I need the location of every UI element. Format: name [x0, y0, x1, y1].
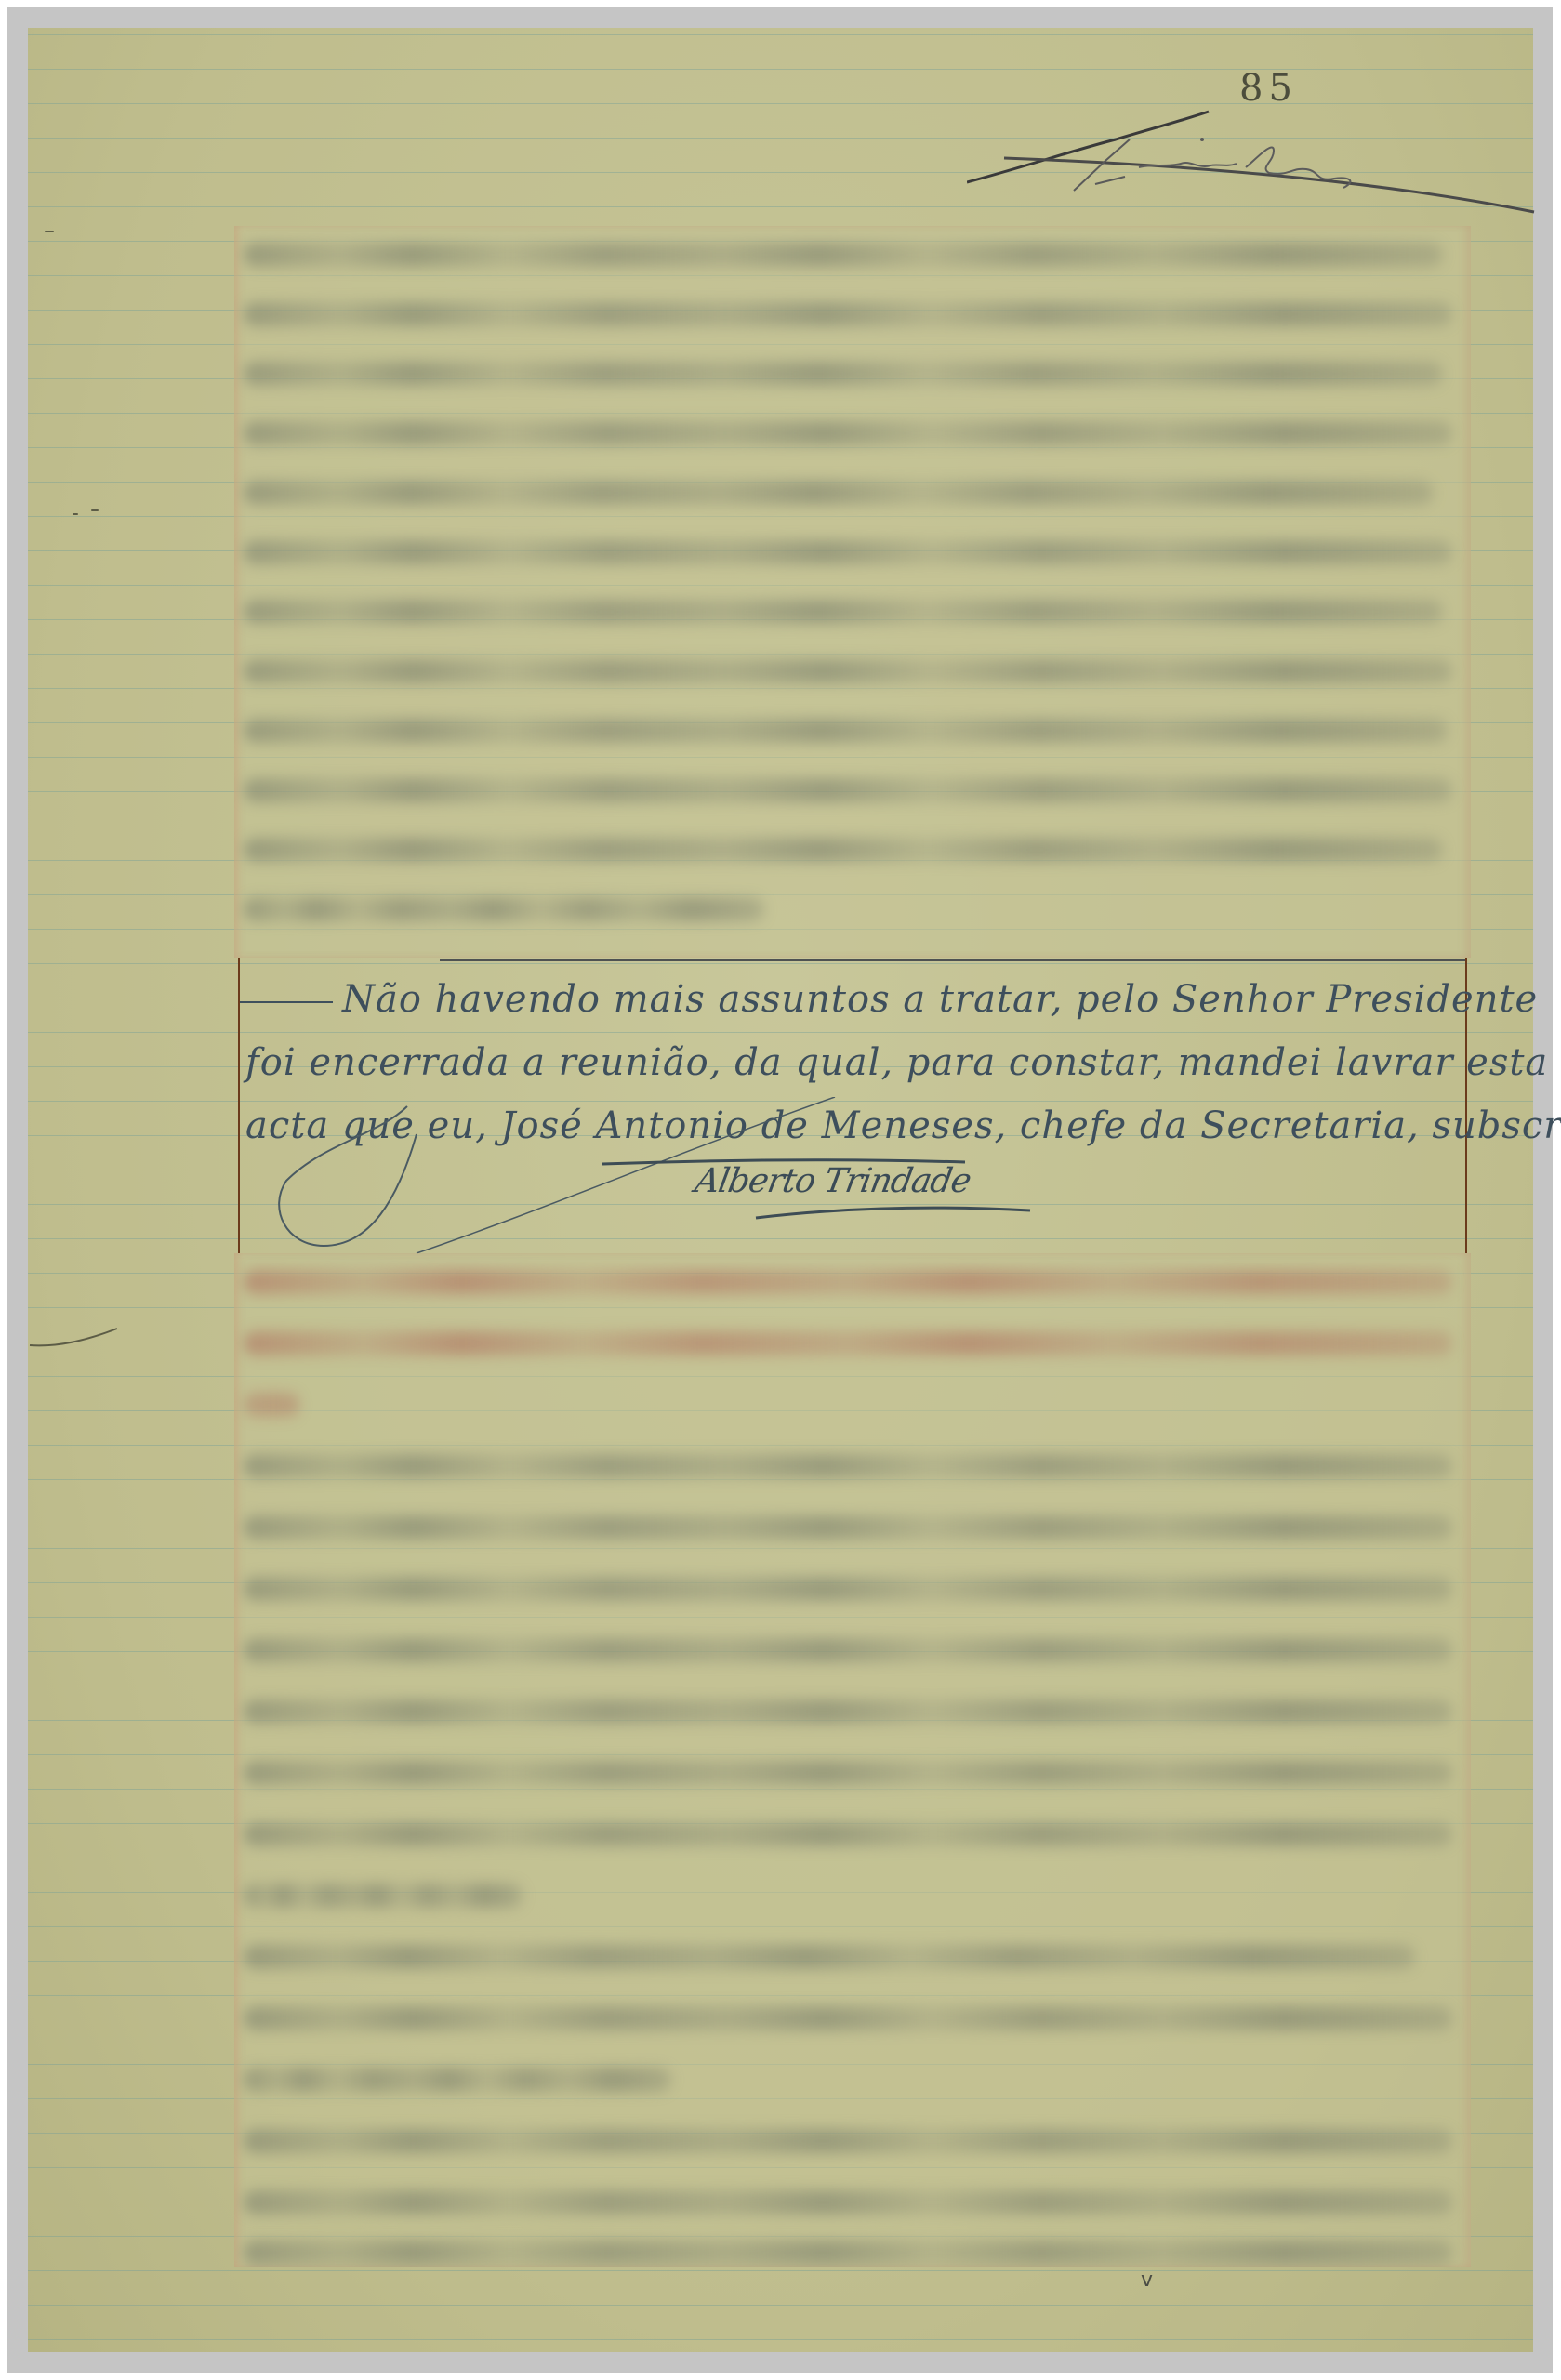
check-mark: v: [1141, 2268, 1153, 2292]
signature-block: Alberto Trindade: [593, 1144, 1039, 1236]
redacted-text-top: [234, 226, 1471, 958]
redacted-text-bottom: [234, 1253, 1471, 2267]
top-margin-signature: Trindade: [967, 102, 1543, 242]
margin-stroke: [28, 1325, 130, 1353]
margin-mark: [91, 509, 99, 511]
minutes-closing-passage: Não havendo mais assuntos a tratar, pelo…: [238, 958, 1467, 1253]
section-rule: [440, 959, 1465, 961]
indent-dash: [240, 1001, 333, 1003]
signature: Alberto Trindade: [692, 1162, 973, 1200]
passage-line-2: foi encerrada a reunião, da qual, para c…: [245, 1041, 1548, 1084]
margin-mark: [73, 513, 78, 515]
passage-line-1: Não havendo mais assuntos a tratar, pelo…: [240, 978, 1538, 1021]
margin-mark: [45, 231, 54, 232]
passage-line-1-text: Não havendo mais assuntos a tratar, pelo…: [342, 978, 1538, 1021]
